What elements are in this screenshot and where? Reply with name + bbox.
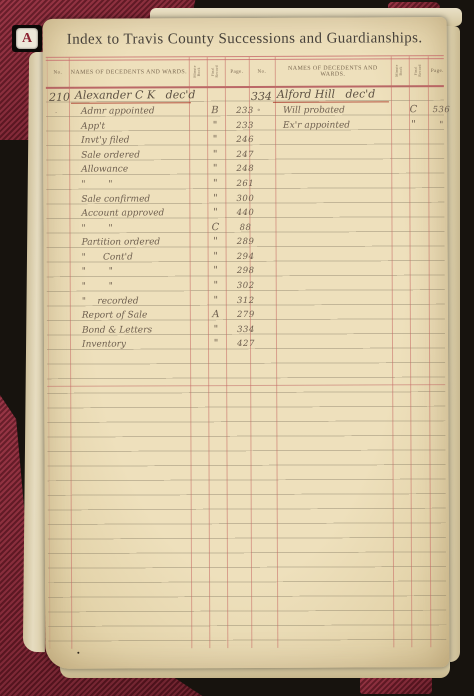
ledger-row: " " " 261 xyxy=(47,174,249,189)
entry-text: Partition ordered xyxy=(78,237,198,248)
page-number: 300 xyxy=(233,194,257,204)
ledger-row: Report of Sale A 279 xyxy=(48,305,250,320)
ledger-row: Ex'r appointed " " xyxy=(249,115,447,130)
page-title: Index to Travis County Successions and G… xyxy=(43,30,447,49)
entries-left: 210 Alexander C K dec'd · Admr appointed… xyxy=(47,18,249,19)
page-number: 88 xyxy=(233,223,257,233)
entry-text: App't xyxy=(77,121,197,132)
ledger-row: Invt'y filed " 246 xyxy=(47,131,249,146)
book-letter: " xyxy=(197,178,233,189)
entry-text: Sale ordered xyxy=(77,150,197,161)
entry-text: " recorded xyxy=(78,296,198,307)
ledger-row: Account approved " 440 xyxy=(47,204,249,219)
ledger-row: Inventory " 427 xyxy=(48,335,250,350)
book-letter: " xyxy=(198,265,234,276)
book-letter: " xyxy=(197,134,233,145)
ledger-row: " " C 88 xyxy=(47,218,249,233)
entry-text: " " xyxy=(77,179,197,190)
page-number: 248 xyxy=(233,164,257,174)
entry-text: " " xyxy=(77,223,197,234)
col-header-page: Page. xyxy=(429,58,445,83)
ledger-row: 210 Alexander C K dec'd xyxy=(47,84,249,103)
ledger-row: 334 Alford Hill dec'd xyxy=(249,83,447,102)
page-number: 427 xyxy=(234,339,258,349)
ledger-row: Bond & Letters " 334 xyxy=(48,320,250,335)
col-header-no: No. xyxy=(48,60,67,85)
page-number: 334 xyxy=(234,325,258,335)
book-letter: " xyxy=(197,207,233,218)
ledger-row: ° Will probated C 536 xyxy=(249,101,447,116)
margin-mark: · xyxy=(47,109,77,117)
col-header-final-record: Final Record xyxy=(207,57,225,86)
book-letter: " xyxy=(395,119,432,130)
entry-text: Ex'r appointed xyxy=(279,120,395,131)
page-number: 312 xyxy=(234,296,258,306)
ledger-row: Allowance " 248 xyxy=(47,160,249,175)
book-letter: " xyxy=(198,280,234,291)
col-header-no: No. xyxy=(251,59,273,84)
book-letter: " xyxy=(198,338,234,349)
col-header-page: Page. xyxy=(227,59,248,84)
page-number: 440 xyxy=(233,208,257,218)
book-letter: " xyxy=(197,193,233,204)
index-tab-letter: A xyxy=(22,31,32,47)
book-letter: B xyxy=(197,105,233,116)
page-number: 246 xyxy=(233,135,257,145)
entry-text: Inventory xyxy=(78,339,198,350)
ledger-row: " " " 302 xyxy=(48,276,250,291)
entry-text: Will probated xyxy=(279,106,395,117)
page-number: 279 xyxy=(234,310,258,320)
entry-text: Report of Sale xyxy=(78,310,198,321)
page-number: 294 xyxy=(234,252,258,262)
book-letter: " xyxy=(197,149,233,160)
entries-right: 334 Alford Hill dec'd ° Will probated C … xyxy=(249,17,447,18)
book-letter: A xyxy=(198,309,234,320)
entry-text: " " xyxy=(78,267,198,278)
col-header-final-record: Final Record xyxy=(409,56,428,85)
book-letter: " xyxy=(198,295,234,306)
book-letter: " xyxy=(197,120,233,131)
page-number: 247 xyxy=(233,150,257,160)
col-header-minute-book: Minute Book xyxy=(189,57,207,86)
book-letter: " xyxy=(198,251,234,262)
page-number: 302 xyxy=(234,281,258,291)
entry-text: " " xyxy=(78,281,198,292)
ledger-row: Sale confirmed " 300 xyxy=(47,189,249,204)
entry-text: Bond & Letters xyxy=(78,325,198,336)
page-number: " xyxy=(432,120,451,130)
ledger-row: " recorded " 312 xyxy=(48,291,250,306)
ledger-page: Index to Travis County Successions and G… xyxy=(43,17,450,669)
ledger-row: Partition ordered " 289 xyxy=(48,233,250,248)
entry-text: Invt'y filed xyxy=(77,135,197,146)
page-number: 289 xyxy=(234,237,258,247)
book-letter: C xyxy=(395,104,432,115)
entry-text: Sale confirmed xyxy=(77,194,197,205)
entry-text: Admr appointed xyxy=(77,106,197,117)
ink-speck xyxy=(77,652,79,654)
ledger-row: " Cont'd " 294 xyxy=(48,247,250,262)
book-letter: " xyxy=(197,164,233,175)
col-header-minute-book: Minute Book xyxy=(391,56,409,85)
entry-text: Allowance xyxy=(77,165,197,176)
page-number: 261 xyxy=(233,179,257,189)
col-header-names: NAMES OF DECEDENTS AND WARDS. xyxy=(275,56,391,86)
book-letter: " xyxy=(198,236,234,247)
ledger-row: App't " 233 xyxy=(47,116,249,131)
entry-text: Account approved xyxy=(77,208,197,219)
ledger-row: Sale ordered " 247 xyxy=(47,145,249,160)
page-number: 298 xyxy=(234,266,258,276)
ledger-row: " " " 298 xyxy=(48,262,250,277)
col-header-names: NAMES OF DECEDENTS AND WARDS. xyxy=(69,57,189,87)
index-tab-face: A xyxy=(16,28,38,49)
ledger-photo: A Index to Travis County Successions and… xyxy=(0,0,474,696)
index-tab-a: A xyxy=(12,25,42,52)
page-number: 536 xyxy=(432,105,451,115)
ledger-row: · Admr appointed B 233 xyxy=(47,102,249,117)
table-header: No. NAMES OF DECEDENTS AND WARDS. Minute… xyxy=(43,56,447,87)
book-letter: " xyxy=(198,324,234,335)
book-letter: C xyxy=(197,222,233,233)
margin-mark: ° xyxy=(249,108,279,116)
entry-text: " Cont'd xyxy=(78,252,198,263)
